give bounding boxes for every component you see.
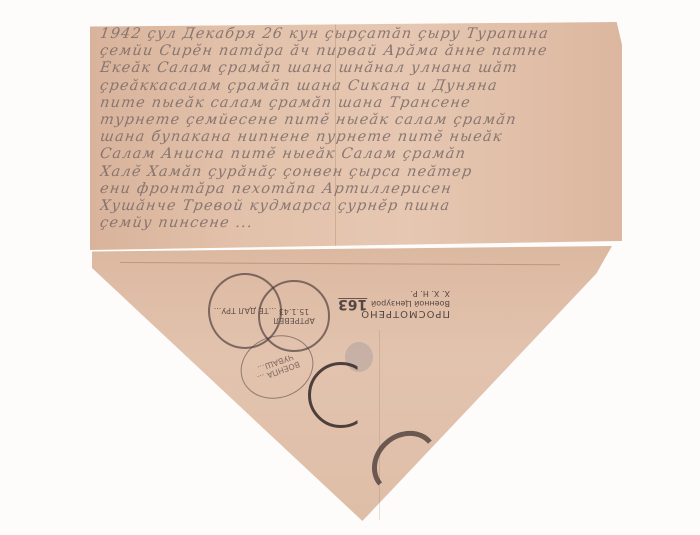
letter-line: Салам Анисна питĕ ныеăк Салам çрамăп bbox=[99, 146, 617, 163]
letter-line: шана бупакана нипнене пурнете питĕ ныеăк bbox=[99, 129, 617, 146]
letter-line: Халĕ Хамăп çурăнăç çонвен çырса пеăтер bbox=[99, 164, 617, 181]
letter-line: 1942 çул Декабря 26 кун çырçатăп çыру Ту… bbox=[99, 26, 617, 43]
fold-line bbox=[379, 330, 380, 520]
postmark-text: АРТРЕВЕЛ 15.1.43 bbox=[260, 307, 328, 325]
letter-line: çреăккасалам çрамăп шана Сикана и Дуняна bbox=[99, 78, 617, 95]
letter-line: Ĕкеăк Салам çрамăп шана шнăнал улнана шă… bbox=[99, 60, 617, 77]
letter-line: турнете çемйесене питĕ ныеăк салам çрамă… bbox=[99, 112, 617, 129]
letter-line: çемйу пинсене ... bbox=[99, 215, 617, 232]
letter-line: çемйи Сирĕн патăра ăч пирвай Арăма ăнне … bbox=[99, 43, 617, 60]
letter-line: Хушăнче Тревой кудмарса çурнĕр пшна bbox=[99, 198, 617, 215]
handwritten-text: 1942 çул Декабря 26 кун çырçатăп çыру Ту… bbox=[100, 26, 616, 232]
censor-number: 163 bbox=[338, 298, 367, 309]
letter-line: пите пыеăк салам çрамăп шана Трансене bbox=[99, 95, 617, 112]
letter-sheet: 1942 çул Декабря 26 кун çырçатăп çыру Ту… bbox=[90, 22, 622, 250]
postmark-text: ВОЕНПА ... ЧУВАШ... bbox=[240, 346, 314, 388]
letter-line: ени фронтăра пехотăпа Артиллерисен bbox=[99, 181, 617, 198]
letter-photo: 1942 çул Декабря 26 кун çырçатăп çыру Ту… bbox=[0, 0, 700, 535]
